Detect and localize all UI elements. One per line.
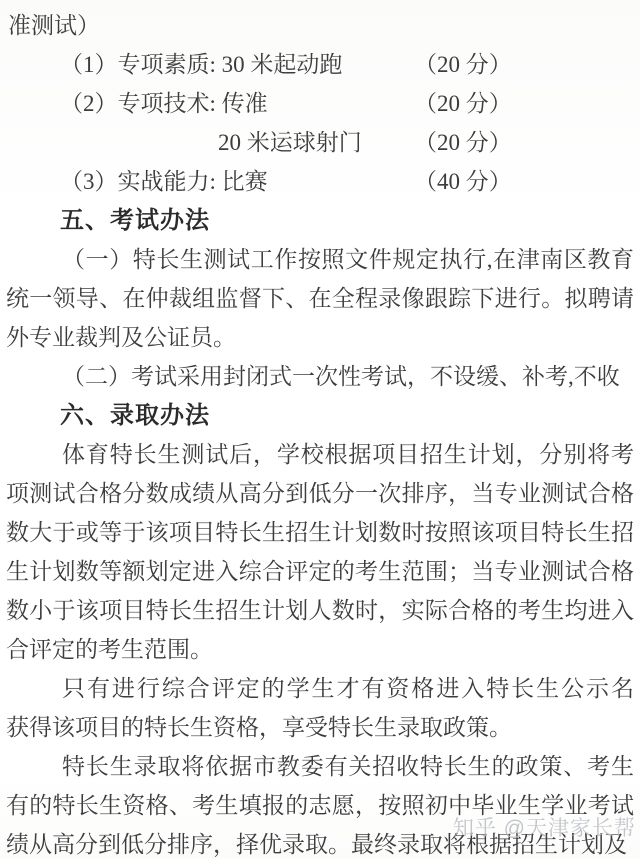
paragraph-line: 合评定的考生范围。: [6, 630, 634, 669]
paragraph-line: 有的特长生资格、考生填报的志愿，按照初中毕业生学业考试成: [6, 786, 634, 825]
paragraph-line: 获得该项目的特长生资格，享受特长生录取政策。: [6, 708, 634, 747]
paragraph-line: 数小于该项目特长生招生计划人数时，实际合格的考生均进入综: [6, 591, 634, 630]
score-value: （20 分）: [414, 45, 512, 84]
score-value: （20 分）: [414, 84, 512, 123]
section-heading: 五、考试办法: [6, 201, 634, 240]
score-row: （1）专项素质: 30 米起动跑（20 分）: [6, 45, 634, 84]
score-row: （2）专项技术: 传准（20 分）: [6, 84, 634, 123]
score-label: （3）实战能力: 比赛: [60, 169, 268, 194]
paragraph-line: 只有进行综合评定的学生才有资格进入特长生公示名单，并: [6, 669, 634, 708]
paragraph-line: 统一领导、在仲裁组监督下、在全程录像跟踪下进行。拟聘请校: [6, 279, 634, 318]
paragraph-line: 体育特长生测试后，学校根据项目招生计划，分别将考生专: [6, 435, 634, 474]
score-value: （20 分）: [414, 123, 512, 162]
score-row: （3）实战能力: 比赛（40 分）: [6, 162, 634, 201]
paragraph-line: 特长生录取将依据市教委有关招收特长生的政策、考生所具: [6, 747, 634, 786]
score-row: 20 米运球射门（20 分）: [6, 123, 634, 162]
text-line: 准测试）: [6, 6, 634, 45]
score-label: 20 米运球射门: [218, 130, 362, 155]
score-label: （2）专项技术: 传准: [60, 91, 268, 116]
paragraph-line: 绩从高分到低分排序，择优录取。最终录取将根据招生计划及天: [6, 825, 634, 858]
section-heading: 六、录取办法: [6, 396, 634, 435]
paragraph-line: 外专业裁判及公证员。: [6, 318, 634, 357]
score-value: （40 分）: [414, 162, 512, 201]
document-page: 准测试）（1）专项素质: 30 米起动跑（20 分）（2）专项技术: 传准（20…: [0, 0, 640, 858]
score-label: （1）专项素质: 30 米起动跑: [60, 52, 342, 77]
paragraph-line: （一）特长生测试工作按照文件规定执行,在津南区教育局: [6, 240, 634, 279]
paragraph-line: 生计划数等额划定进入综合评定的考生范围；当专业测试合格人: [6, 552, 634, 591]
document-body: 准测试）（1）专项素质: 30 米起动跑（20 分）（2）专项技术: 传准（20…: [6, 6, 634, 858]
paragraph-line: 项测试合格分数成绩从高分到低分一次排序，当专业测试合格人: [6, 474, 634, 513]
paragraph-line: （二）考试采用封闭式一次性考试，不设缓、补考,不收费。: [6, 357, 634, 396]
paragraph-line: 数大于或等于该项目特长生招生计划数时按照该项目特长生招: [6, 513, 634, 552]
